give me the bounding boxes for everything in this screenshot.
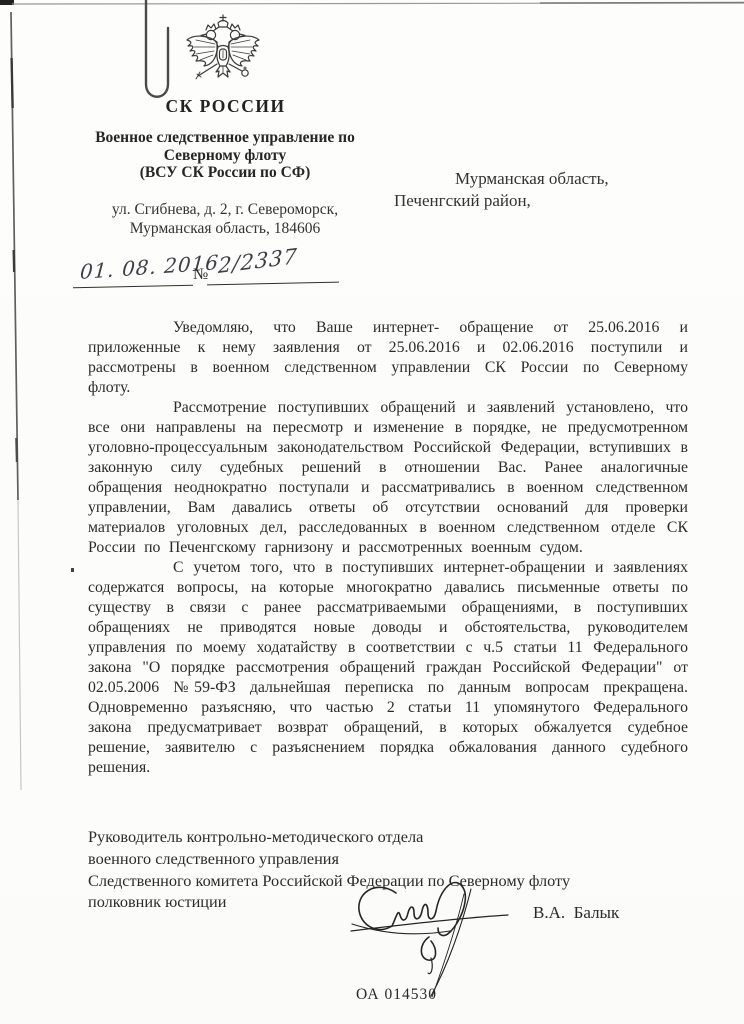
form-number: ОА 014530 [356,986,437,1004]
sender-address: ул. Сгибнева, д. 2, г. Североморск, Мурм… [60,200,390,238]
signer-name: В.А. Балык [533,903,619,923]
signer-title-line-1: Руководитель контрольно-методического от… [88,826,668,848]
address-line-2: Мурманская область, 184606 [60,219,390,238]
department-line-2: Северному флоту [60,147,390,165]
paragraph-3: С учетом того, что в поступивших интерне… [88,558,688,778]
number-underline [207,282,339,286]
address-line-1: ул. Сгибнева, д. 2, г. Североморск, [60,200,390,219]
handwritten-number: 2/2337 [218,244,299,278]
department-title: Военное следственное управление по Север… [60,129,390,182]
signer-title-line-2: военного следственного управления [88,848,668,870]
recipient-district: Печенгский район, [394,191,531,211]
date-underline [73,285,193,289]
department-line-3: (ВСУ СК России по СФ) [60,164,390,182]
coat-of-arms-icon [184,14,262,98]
scanned-letter-page: СК РОССИИ Военное следственное управлени… [0,0,744,1024]
signer-title-line-3: Следственного комитета Российской Федера… [88,870,668,892]
signer-title-block: Руководитель контрольно-методического от… [88,826,668,913]
agency-title: СК РОССИИ [68,96,383,117]
recipient-region: Мурманская область, [455,169,609,189]
paragraph-1: Уведомляю, что Ваше интернет- обращение … [88,318,688,398]
number-sign: № [193,266,208,284]
department-line-1: Военное следственное управление по [60,129,390,147]
letter-body: Уведомляю, что Ваше интернет- обращение … [88,318,688,778]
paragraph-2: Рассмотрение поступивших обращений и зая… [88,398,688,558]
